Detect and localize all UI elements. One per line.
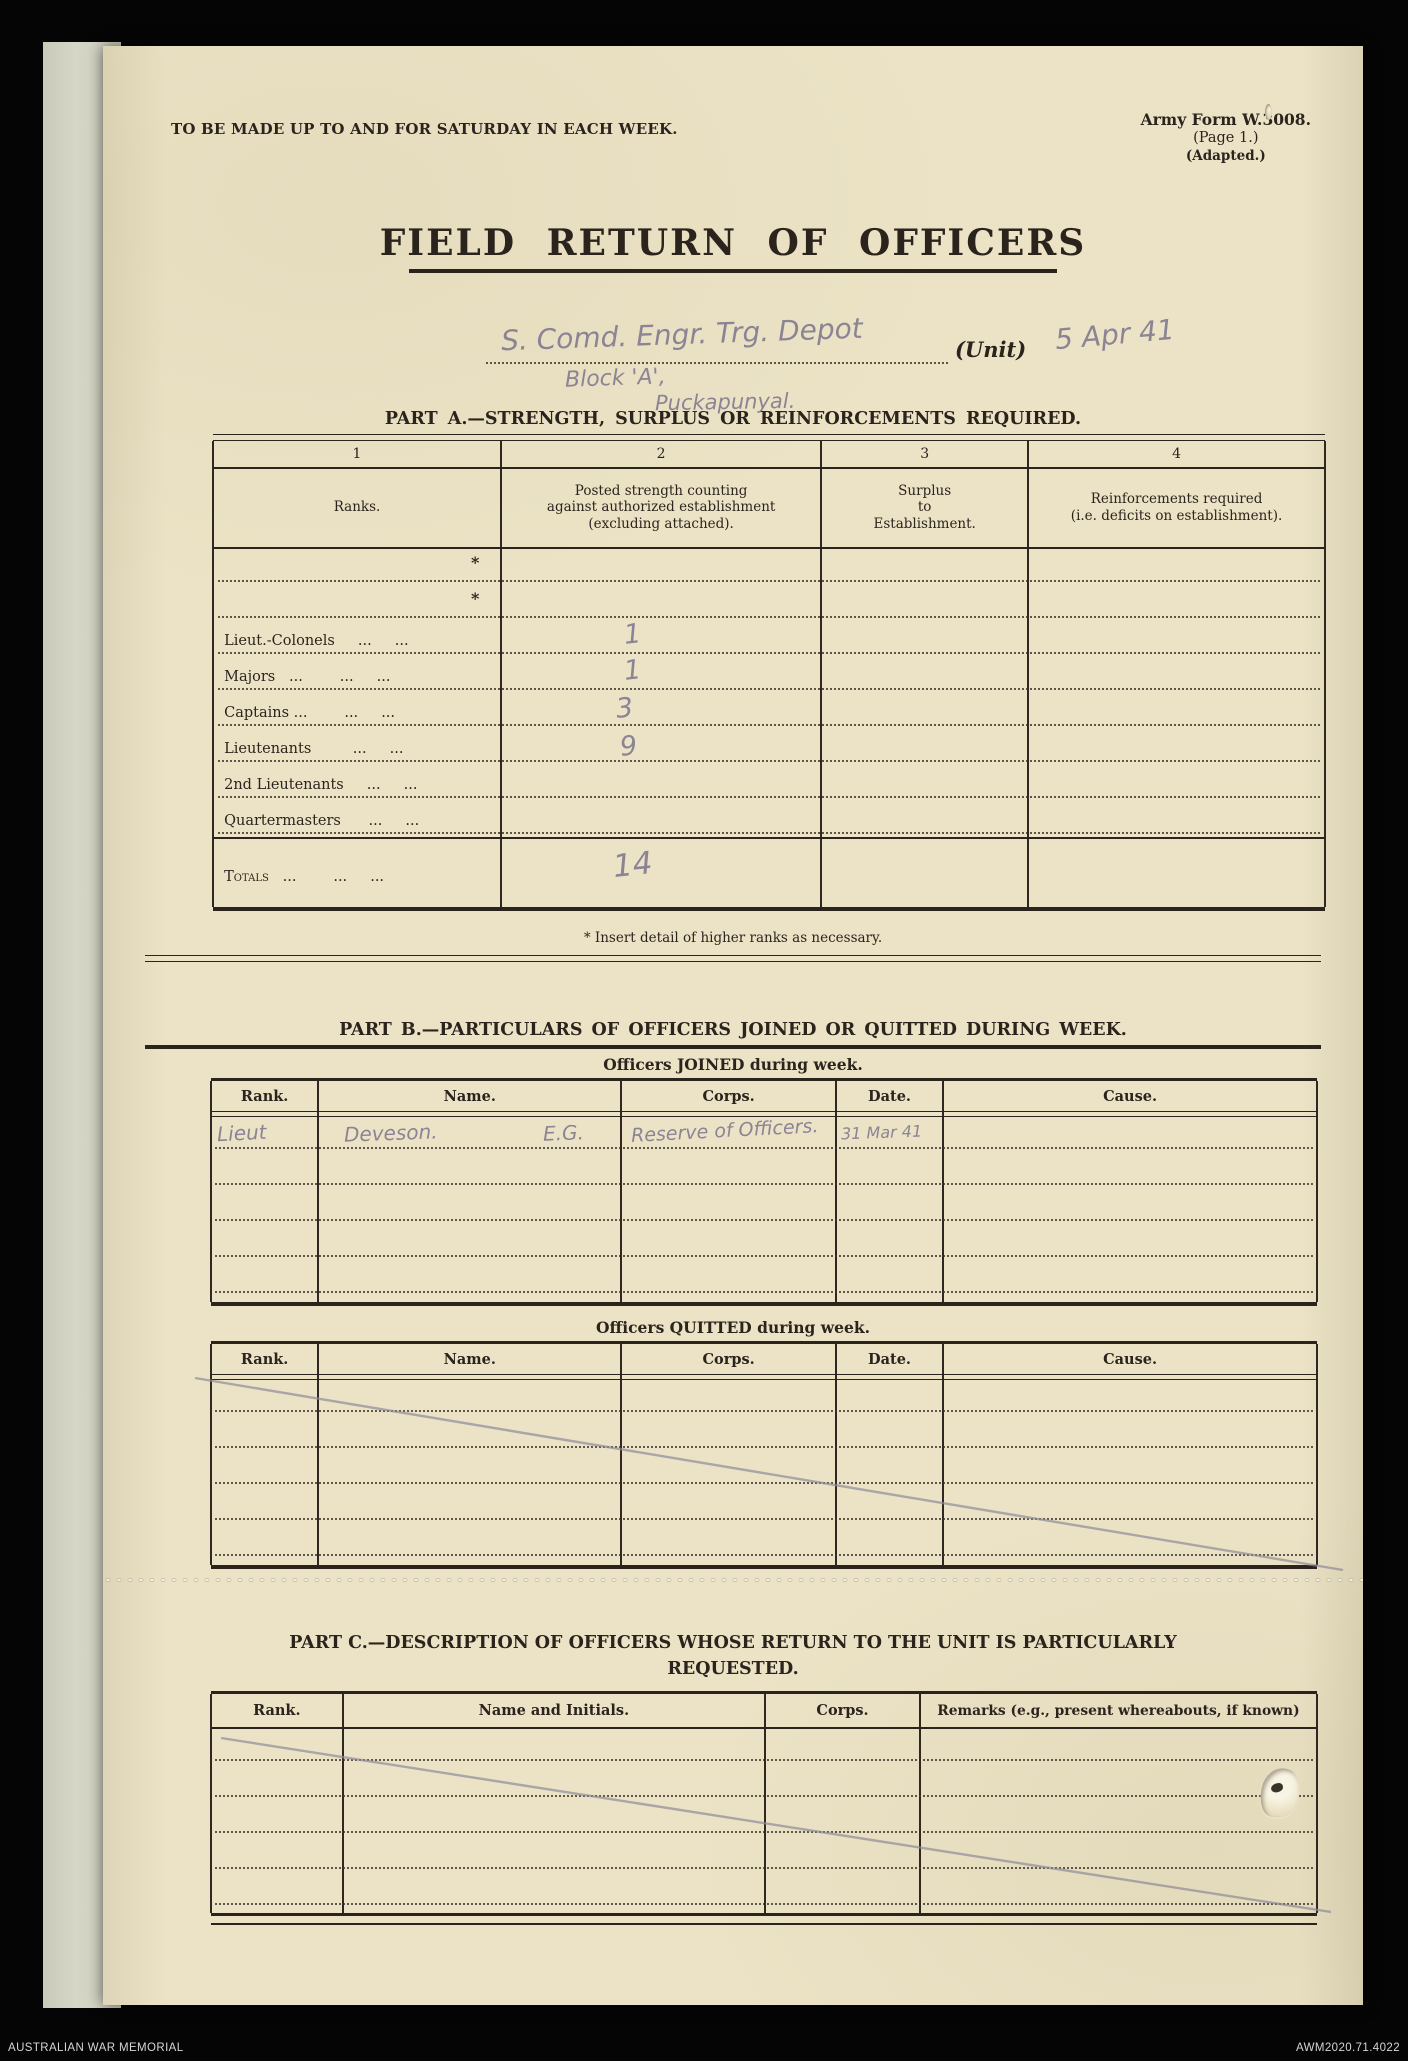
- quitted-blank-row: [211, 1416, 1317, 1452]
- quitted-blank-row: [211, 1452, 1317, 1488]
- joined-entry-name: Deveson.: [343, 1119, 437, 1146]
- unit-label: (Unit): [955, 337, 1026, 362]
- form-page: (Page 1.): [1141, 129, 1311, 148]
- part-a-heading: PART A.—STRENGTH, SURPLUS OR REINFORCEME…: [103, 409, 1363, 429]
- part-c-table: Rank. Name and Initials. Corps. Remarks …: [211, 1691, 1317, 1925]
- part-a-row-lieutenants: Lieutenants ... ... 9: [213, 729, 1325, 765]
- joined-entry-corps: Reserve of Officers.: [631, 1115, 819, 1147]
- handwritten-block: Block 'A',: [565, 364, 666, 392]
- form-adapted: (Adapted.): [1141, 148, 1311, 164]
- part-a-star-row: *: [213, 549, 1325, 585]
- part-a-footnote: * Insert detail of higher ranks as neces…: [103, 930, 1363, 946]
- quitted-blank-row: [211, 1380, 1317, 1416]
- part-c-blank-row: [211, 1801, 1317, 1837]
- scanned-document-page: TO BE MADE UP TO AND FOR SATURDAY IN EAC…: [0, 0, 1408, 2061]
- weekly-instruction: TO BE MADE UP TO AND FOR SATURDAY IN EAC…: [171, 120, 678, 138]
- form-paper: TO BE MADE UP TO AND FOR SATURDAY IN EAC…: [103, 46, 1363, 2005]
- part-a-row-lieut-colonels: Lieut.-Colonels ... ... 1: [213, 621, 1325, 657]
- joined-entry-date: 31 Mar 41: [841, 1122, 923, 1144]
- part-a-row-quartermasters: Quartermasters ... ...: [213, 801, 1325, 837]
- part-a-top-rule: [213, 434, 1325, 441]
- accession-number: AWM2020.71.4022: [1296, 2042, 1400, 2054]
- part-a-header-reinforcements: Reinforcements required (i.e. deficits o…: [1028, 469, 1325, 547]
- form-id-block: Army Form W.3008. (Page 1.) (Adapted.): [1141, 110, 1311, 164]
- part-a-header-posted: Posted strength counting against authori…: [501, 469, 821, 547]
- perforation-line: [103, 1576, 1363, 1584]
- officers-joined-subheading: Officers JOINED during week.: [103, 1055, 1363, 1074]
- part-c-blank-row: [211, 1765, 1317, 1801]
- joined-blank-row: [211, 1189, 1317, 1225]
- part-a-row-2nd-lieutenants: 2nd Lieutenants ... ...: [213, 765, 1325, 801]
- quitted-blank-row: [211, 1524, 1317, 1560]
- part-a-column-numbers: 1 2 3 4: [213, 441, 1325, 467]
- part-a-column-headers: Ranks. Posted strength counting against …: [213, 469, 1325, 547]
- quitted-column-headers: Rank. Name. Corps. Date. Cause.: [211, 1344, 1317, 1374]
- section-divider-rule: [145, 955, 1321, 962]
- part-a-bottom-rule: [213, 907, 1325, 911]
- title-underline: [409, 269, 1057, 273]
- page-title: FIELD RETURN OF OFFICERS: [103, 222, 1363, 264]
- part-a-row-majors: Majors ... ... ... 1: [213, 657, 1325, 693]
- part-a-star-row: *: [213, 585, 1325, 621]
- quitted-blank-row: [211, 1488, 1317, 1524]
- officers-quitted-table: Rank. Name. Corps. Date. Cause.: [211, 1341, 1317, 1569]
- part-b-heading: PART B.—PARTICULARS OF OFFICERS JOINED O…: [103, 1020, 1363, 1040]
- officers-joined-table: Rank. Name. Corps. Date. Cause. Lieut De…: [211, 1078, 1317, 1306]
- part-c-blank-row: [211, 1837, 1317, 1873]
- joined-blank-row: [211, 1261, 1317, 1297]
- part-c-blank-row: [211, 1729, 1317, 1765]
- part-a-header-surplus: Surplus to Establishment.: [821, 469, 1028, 547]
- joined-entry-row: Lieut Deveson. E.G. Reserve of Officers.…: [211, 1117, 1317, 1153]
- joined-column-headers: Rank. Name. Corps. Date. Cause.: [211, 1081, 1317, 1111]
- joined-blank-row: [211, 1225, 1317, 1261]
- part-c-column-headers: Rank. Name and Initials. Corps. Remarks …: [211, 1694, 1317, 1727]
- part-a-totals-row: Totals ... ... ... 14: [213, 839, 1325, 907]
- handwritten-date: 5 Apr 41: [1054, 313, 1176, 356]
- part-a-header-ranks: Ranks.: [213, 469, 501, 547]
- part-b-heading-rule: [145, 1045, 1321, 1049]
- joined-entry-initials: E.G.: [542, 1120, 584, 1145]
- joined-entry-rank: Lieut: [216, 1120, 267, 1147]
- joined-blank-row: [211, 1153, 1317, 1189]
- officers-quitted-subheading: Officers QUITTED during week.: [103, 1318, 1363, 1337]
- part-c-blank-row: [211, 1873, 1317, 1909]
- paper-pin-mark: [1265, 104, 1272, 120]
- archive-name: AUSTRALIAN WAR MEMORIAL: [8, 2042, 184, 2054]
- part-a-row-captains: Captains ... ... ... 3: [213, 693, 1325, 729]
- unit-dotted-line: [486, 342, 948, 364]
- part-a-table: 1 2 3 4 Ranks. Posted strength counting …: [213, 434, 1325, 911]
- part-c-heading: PART C.—DESCRIPTION OF OFFICERS WHOSE RE…: [103, 1630, 1363, 1682]
- form-number: Army Form W.3008.: [1141, 110, 1311, 129]
